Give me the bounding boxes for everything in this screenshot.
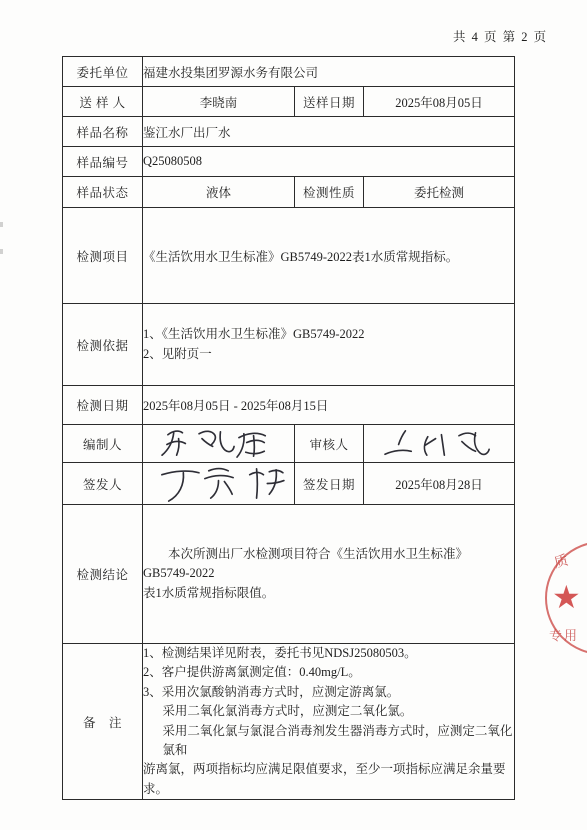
page-number: 共 4 页 第 2 页 <box>453 27 548 45</box>
remark-value: 1、检测结果详见附表，委托书见NDSJ25080503。 2、客户提供游离氯测定… <box>143 644 515 800</box>
sample-name-value: 鉴江水厂出厂水 <box>143 117 515 147</box>
client-value: 福建水投集团罗源水务有限公司 <box>143 57 515 87</box>
row-conclusion: 检测结论 本次所测出厂水检测项目符合《生活饮用水卫生标准》GB5749-2022… <box>63 505 515 644</box>
test-date-label: 检测日期 <box>63 386 143 425</box>
test-basis-line2: 2、见附页一 <box>143 345 514 364</box>
sample-state-label: 样品状态 <box>63 177 143 208</box>
row-sample-name: 样品名称 鉴江水厂出厂水 <box>63 117 515 147</box>
row-sample-state: 样品状态 液体 检测性质 委托检测 <box>63 177 515 208</box>
row-issuer: 签发人 签发日期 2025年08月28日 <box>63 463 515 505</box>
issuer-signature-handwriting <box>143 463 294 504</box>
row-test-items: 检测项目 《生活饮用水卫生标准》GB5749-2022表1水质常规指标。 <box>63 208 515 304</box>
remark-line: 2、客户提供游离氯测定值：0.40mg/L。 <box>143 663 514 682</box>
seal-top-text: 质 <box>552 549 571 572</box>
remark-line: 1、检测结果详见附表，委托书见NDSJ25080503。 <box>143 644 514 663</box>
seal-bottom-text: 专用 <box>549 625 579 644</box>
test-basis-label: 检测依据 <box>63 304 143 386</box>
remark-label: 备 注 <box>63 644 143 800</box>
test-nature-label: 检测性质 <box>295 177 364 208</box>
test-basis-line1: 1、《生活饮用水卫生标准》GB5749-2022 <box>143 325 514 344</box>
sampler-label: 送 样 人 <box>63 87 143 117</box>
seal-ring <box>545 541 587 655</box>
preparer-signature-handwriting <box>143 425 294 462</box>
sample-date-label: 送样日期 <box>295 87 364 117</box>
preparer-signature <box>143 425 295 463</box>
row-preparer-reviewer: 编制人 审核人 <box>63 425 515 463</box>
row-sampler: 送 样 人 李晓南 送样日期 2025年08月05日 <box>63 87 515 117</box>
conclusion-label: 检测结论 <box>63 505 143 644</box>
sample-state-value: 液体 <box>143 177 295 208</box>
seal-star-icon: ★ <box>552 581 581 613</box>
remark-line: 游离氯，两项指标均应满足限值要求，至少一项指标应满足余量要求。 <box>143 760 514 799</box>
remark-line: 3、采用次氯酸钠消毒方式时，应测定游离氯。 <box>143 683 514 702</box>
issuer-label: 签发人 <box>63 463 143 505</box>
test-nature-value: 委托检测 <box>364 177 515 208</box>
test-date-value: 2025年08月05日 - 2025年08月15日 <box>143 386 515 425</box>
scan-artifact-mark <box>0 249 3 254</box>
row-test-date: 检测日期 2025年08月05日 - 2025年08月15日 <box>63 386 515 425</box>
test-items-value: 《生活饮用水卫生标准》GB5749-2022表1水质常规指标。 <box>143 208 515 304</box>
issuer-signature <box>143 463 295 505</box>
reviewer-signature <box>364 425 515 463</box>
reviewer-label: 审核人 <box>295 425 364 463</box>
conclusion-line1: 本次所测出厂水检测项目符合《生活饮用水卫生标准》GB5749-2022 <box>143 545 514 584</box>
report-table: 委托单位 福建水投集团罗源水务有限公司 送 样 人 李晓南 送样日期 2025年… <box>62 56 515 800</box>
row-test-basis: 检测依据 1、《生活饮用水卫生标准》GB5749-2022 2、见附页一 <box>63 304 515 386</box>
sample-name-label: 样品名称 <box>63 117 143 147</box>
remark-line: 采用二氧化氯消毒方式时，应测定二氧化氯。 <box>143 702 514 721</box>
row-sample-no: 样品编号 Q25080508 <box>63 147 515 177</box>
conclusion-line2: 表1水质常规指标限值。 <box>143 584 514 603</box>
sample-date-value: 2025年08月05日 <box>364 87 515 117</box>
official-seal-stamp: 质 ★ 专用 <box>545 541 587 657</box>
scanned-report-page: 共 4 页 第 2 页 委托单位 福建水投集团罗源水务有限公司 送 样 人 李晓… <box>0 0 587 830</box>
test-items-label: 检测项目 <box>63 208 143 304</box>
row-remark: 备 注 1、检测结果详见附表，委托书见NDSJ25080503。 2、客户提供游… <box>63 644 515 800</box>
client-label: 委托单位 <box>63 57 143 87</box>
remark-line: 采用二氧化氯与氯混合消毒剂发生器消毒方式时，应测定二氧化氯和 <box>143 722 514 761</box>
sample-no-value: Q25080508 <box>143 147 515 177</box>
reviewer-signature-handwriting <box>364 425 514 462</box>
preparer-label: 编制人 <box>63 425 143 463</box>
issue-date-label: 签发日期 <box>295 463 364 505</box>
test-basis-value: 1、《生活饮用水卫生标准》GB5749-2022 2、见附页一 <box>143 304 515 386</box>
issue-date-value: 2025年08月28日 <box>364 463 515 505</box>
sample-no-label: 样品编号 <box>63 147 143 177</box>
conclusion-value: 本次所测出厂水检测项目符合《生活饮用水卫生标准》GB5749-2022 表1水质… <box>143 505 515 644</box>
row-client: 委托单位 福建水投集团罗源水务有限公司 <box>63 57 515 87</box>
scan-artifact-mark <box>0 222 3 227</box>
sampler-value: 李晓南 <box>143 87 295 117</box>
